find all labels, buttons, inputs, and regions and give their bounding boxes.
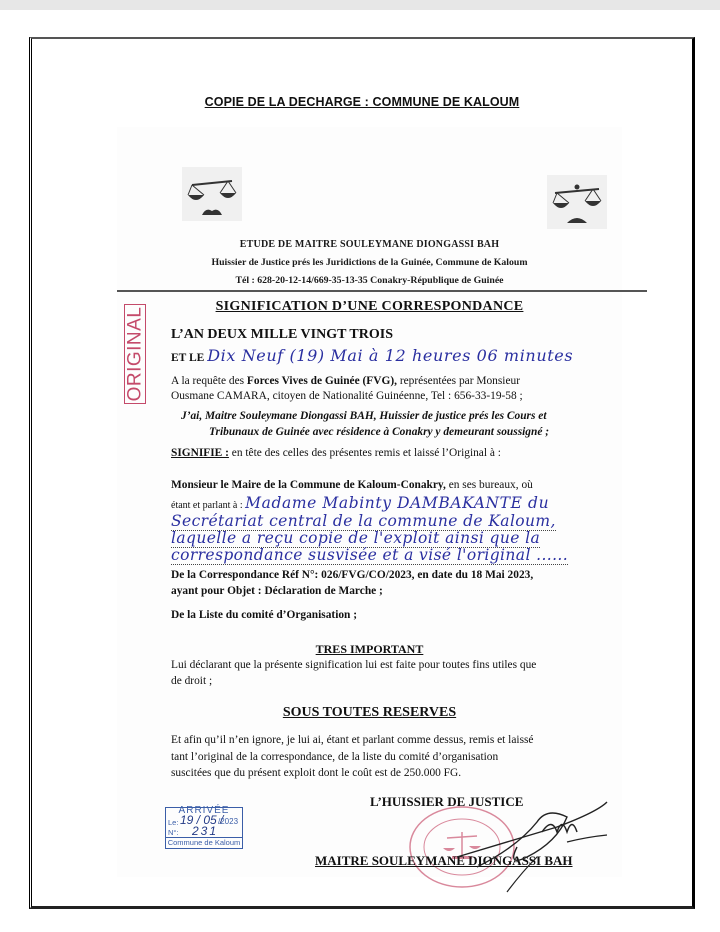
scales-of-justice-icon	[182, 167, 242, 221]
scanned-document: ETUDE DE MAITRE SOULEYMANE DIONGASSI BAH…	[117, 127, 622, 877]
arrival-number: 231	[192, 824, 218, 838]
handwritten-signature	[447, 787, 617, 897]
reservations-heading: SOUS TOUTES RESERVES	[117, 705, 622, 721]
scales-of-justice-icon	[547, 175, 607, 229]
recipient-line: Monsieur le Maire de la Commune de Kalou…	[171, 479, 533, 491]
etant-line: étant et parlant à : Madame Mabinty DAMB…	[171, 494, 549, 512]
list-line: De la Liste du comité d’Organisation ;	[171, 609, 357, 621]
letterhead-contact: Tél : 628-20-12-14/669-35-13-35 Conakry-…	[117, 275, 622, 286]
year-line: L’AN DEUX MILLE VINGT TROIS	[171, 327, 393, 343]
declaration-line-1: Lui déclarant que la présente significat…	[171, 659, 536, 671]
reference-line-2: ayant pour Objet : Déclaration de Marche…	[171, 585, 383, 597]
declaration-line-2: de droit ;	[171, 675, 212, 687]
top-bar	[0, 0, 720, 10]
requesting-organization: Forces Vives de Guinée (FVG),	[247, 375, 397, 387]
handwritten-line: Madame Mabinty DAMBAKANTE du	[245, 494, 549, 512]
document-title: SIGNIFICATION D’UNE CORRESPONDANCE	[117, 299, 622, 315]
closing-line-1: Et afin qu’il n’en ignore, je lui ai, ét…	[171, 734, 534, 746]
closing-line-3: suscitées que du présent exploit dont le…	[171, 767, 461, 779]
request-line-2: Ousmane CAMARA, citoyen de Nationalité G…	[171, 390, 523, 402]
original-stamp: ORIGINAL	[124, 304, 146, 404]
closing-line-2: tant l’original de la correspondance, de…	[171, 751, 498, 763]
copy-title: COPIE DE LA DECHARGE : COMMUNE DE KALOUM	[32, 95, 692, 109]
very-important-heading: TRES IMPORTANT	[117, 642, 622, 657]
letterhead-role: Huissier de Justice prés les Juridiction…	[117, 257, 622, 268]
bailiff-statement-line-2: Tribunaux de Guinée avec résidence à Con…	[209, 426, 549, 438]
date-prefix: ET LE	[171, 352, 204, 364]
request-line-1: A la requête des Forces Vives de Guinée …	[171, 375, 520, 387]
handwritten-date: Dix Neuf (19) Mai à 12 heures 06 minutes	[207, 346, 573, 365]
signifie-line: SIGNIFIE : en tête des celles des présen…	[171, 447, 501, 459]
letterhead-office: ETUDE DE MAITRE SOULEYMANE DIONGASSI BAH	[117, 239, 622, 250]
arrival-stamp: ARRIVÉE Le: 19 / 05 / /2023 N°: 231 Comm…	[165, 807, 243, 849]
reference-line-1: De la Correspondance Réf N°: 026/FVG/CO/…	[171, 569, 533, 581]
date-line: ET LE Dix Neuf (19) Mai à 12 heures 06 m…	[171, 346, 573, 365]
document-frame: COPIE DE LA DECHARGE : COMMUNE DE KALOUM	[29, 37, 695, 909]
bailiff-statement-line-1: J’ai, Maitre Souleymane Diongassi BAH, H…	[181, 410, 546, 422]
handwritten-line: correspondance susvisée et a visé l'orig…	[171, 546, 568, 565]
signifie-label: SIGNIFIE :	[171, 447, 229, 459]
letterhead-divider	[117, 290, 647, 292]
